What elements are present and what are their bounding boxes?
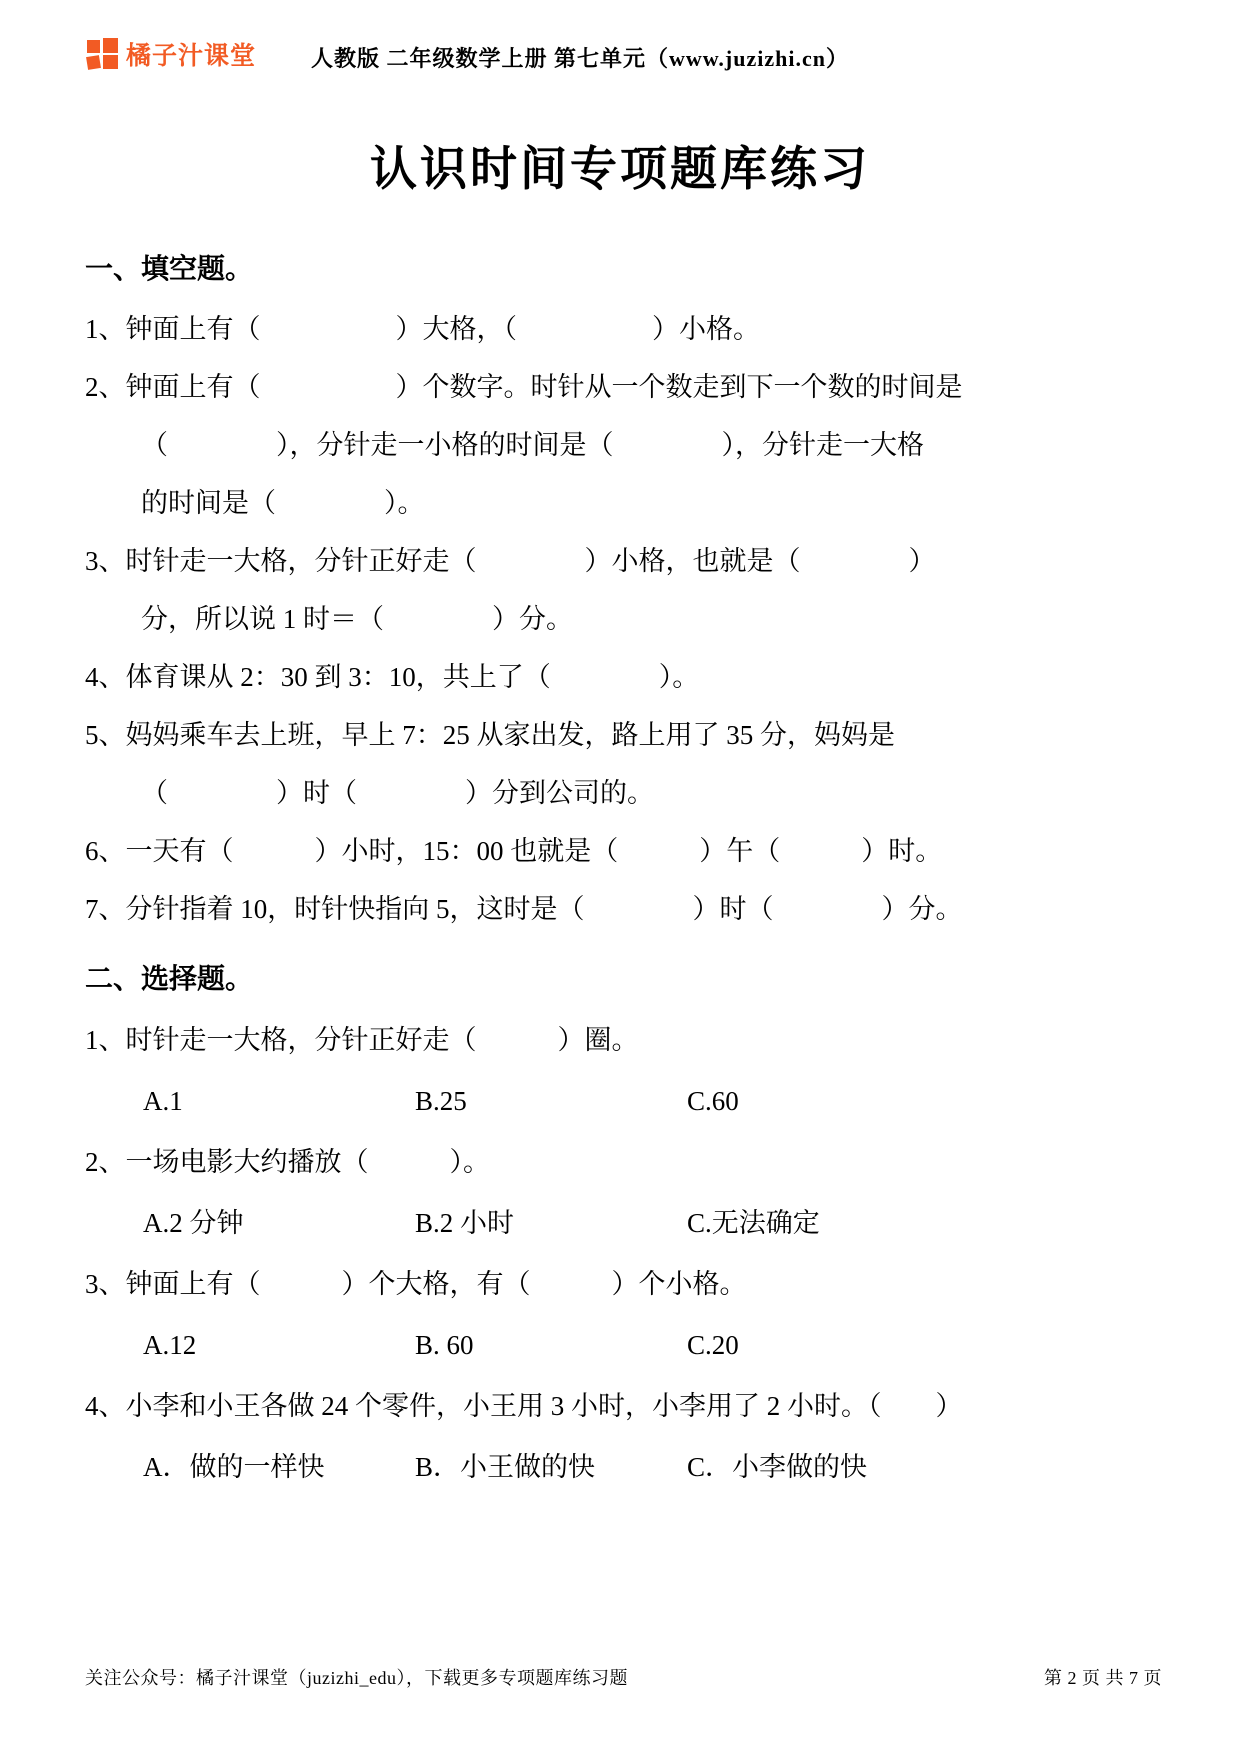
fill-q3-line-2: 分，所以说 1 时＝（ ）分。 bbox=[85, 590, 1168, 648]
choice-q1-options: A.1 B.25 C.60 bbox=[85, 1071, 1168, 1132]
section-1-heading: 一、填空题。 bbox=[85, 240, 1168, 300]
choice-q3-option-c: C.20 bbox=[687, 1315, 739, 1376]
choice-q2-option-b: B.2 小时 bbox=[415, 1193, 687, 1254]
choice-q2-option-c: C.无法确定 bbox=[687, 1193, 820, 1254]
fill-q2-line-3: 的时间是（ ）。 bbox=[85, 474, 1168, 532]
choice-q2-line: 2、一场电影大约播放（ ）。 bbox=[85, 1132, 1168, 1193]
choice-q1-option-b: B.25 bbox=[415, 1071, 687, 1132]
choice-q1-option-c: C.60 bbox=[687, 1071, 739, 1132]
section-2: 二、选择题。 1、时针走一大格，分针正好走（ ）圈。 A.1 B.25 C.60… bbox=[85, 950, 1168, 1498]
choice-q4-option-b: B．小王做的快 bbox=[415, 1437, 687, 1498]
choice-q4-line: 4、小李和小王各做 24 个零件，小王用 3 小时，小李用了 2 小时。（ ） bbox=[85, 1376, 1168, 1437]
choice-q1-option-a: A.1 bbox=[143, 1071, 415, 1132]
orange-squares-logo-icon bbox=[85, 36, 121, 72]
choice-q4-option-a: A．做的一样快 bbox=[143, 1437, 415, 1498]
page-header: 橘子汁课堂 人教版 二年级数学上册 第七单元（www.juzizhi.cn） bbox=[85, 34, 1155, 80]
choice-q4-options: A．做的一样快 B．小王做的快 C．小李做的快 bbox=[85, 1437, 1168, 1498]
choice-q3-option-b: B. 60 bbox=[415, 1315, 687, 1376]
fill-q3-line-1: 3、时针走一大格，分针正好走（ ）小格，也就是（ ） bbox=[85, 532, 1168, 590]
worksheet-page: 橘子汁课堂 人教版 二年级数学上册 第七单元（www.juzizhi.cn） 认… bbox=[0, 0, 1240, 1754]
choice-q2-option-a: A.2 分钟 bbox=[143, 1193, 415, 1254]
worksheet-body: 一、填空题。 1、钟面上有（ ）大格，（ ）小格。 2、钟面上有（ ）个数字。时… bbox=[85, 240, 1168, 1498]
choice-q1-line: 1、时针走一大格，分针正好走（ ）圈。 bbox=[85, 1010, 1168, 1071]
choice-q4-option-c: C．小李做的快 bbox=[687, 1437, 867, 1498]
fill-q2-line-1: 2、钟面上有（ ）个数字。时针从一个数走到下一个数的时间是 bbox=[85, 358, 1168, 416]
fill-q2-line-2: （ ），分针走一小格的时间是（ ），分针走一大格 bbox=[85, 416, 1168, 474]
footer-note: 关注公众号：橘子汁课堂（juzizhi_edu），下载更多专项题库练习题 bbox=[85, 1664, 628, 1690]
section-2-heading: 二、选择题。 bbox=[85, 950, 1168, 1010]
choice-q2-options: A.2 分钟 B.2 小时 C.无法确定 bbox=[85, 1193, 1168, 1254]
fill-q1-line: 1、钟面上有（ ）大格，（ ）小格。 bbox=[85, 300, 1168, 358]
page-number: 第 2 页 共 7 页 bbox=[1044, 1664, 1162, 1690]
choice-q3-options: A.12 B. 60 C.20 bbox=[85, 1315, 1168, 1376]
worksheet-title: 认识时间专项题库练习 bbox=[0, 132, 1240, 199]
document-info: 人教版 二年级数学上册 第七单元（www.juzizhi.cn） bbox=[205, 42, 955, 73]
fill-q5-line-2: （ ）时（ ）分到公司的。 bbox=[85, 764, 1168, 822]
choice-q3-line: 3、钟面上有（ ）个大格，有（ ）个小格。 bbox=[85, 1254, 1168, 1315]
fill-q7-line: 7、分针指着 10，时针快指向 5，这时是（ ）时（ ）分。 bbox=[85, 880, 1168, 938]
fill-q4-line: 4、体育课从 2：30 到 3：10，共上了（ ）。 bbox=[85, 648, 1168, 706]
fill-q5-line-1: 5、妈妈乘车去上班，早上 7：25 从家出发，路上用了 35 分，妈妈是 bbox=[85, 706, 1168, 764]
choice-q3-option-a: A.12 bbox=[143, 1315, 415, 1376]
fill-q6-line: 6、一天有（ ）小时，15：00 也就是（ ）午（ ）时。 bbox=[85, 822, 1168, 880]
page-footer: 关注公众号：橘子汁课堂（juzizhi_edu），下载更多专项题库练习题 第 2… bbox=[85, 1664, 1162, 1690]
